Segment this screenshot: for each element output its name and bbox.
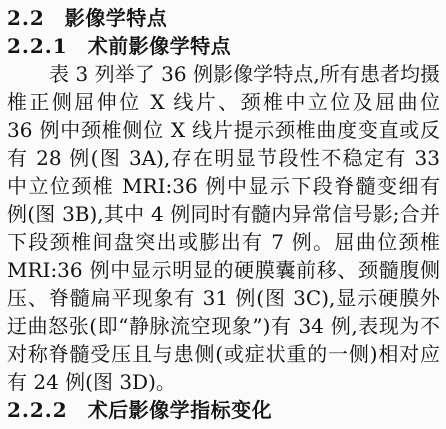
paragraph-line: 对称脊髓受压且与患侧(或症状重的一侧)相对应	[7, 340, 440, 368]
section-title: 影像学特点	[65, 6, 168, 30]
section-number: 2.2	[7, 6, 45, 30]
section-heading-2-2: 2.2影像学特点	[7, 4, 440, 32]
paragraph-line: 椎正侧屈伸位 X 线片、颈椎中立位及屈曲位 MRI。	[7, 88, 440, 116]
section-number: 2.2.2	[7, 398, 68, 422]
paragraph-line: MRI:36 例中显示明显的硬膜囊前移、颈髓腹侧受	[7, 256, 440, 284]
section-title: 术前影像学特点	[88, 34, 232, 58]
paragraph-line: 例(图 3B),其中 4 例同时有髓内异常信号影;合并	[7, 200, 440, 228]
paragraph-line: 有 24 例(图 3D)。	[7, 368, 440, 396]
section-title: 术后影像学指标变化	[88, 398, 273, 422]
section-heading-2-2-2: 2.2.2术后影像学指标变化	[7, 396, 440, 424]
paragraph-line: 中立位颈椎 MRI:36 例中显示下段脊髓变细有 14	[7, 172, 440, 200]
paragraph-line: 压、脊髓扁平现象有 31 例(图 3C),显示硬膜外静脉	[7, 284, 440, 312]
paragraph-line: 表 3 列举了 36 例影像学特点,所有患者均摄颈	[7, 60, 440, 88]
section-number: 2.2.1	[7, 34, 68, 58]
paragraph-line: 36 例中颈椎侧位 X 线片提示颈椎曲度变直或反弓	[7, 116, 440, 144]
document-page: 2.2影像学特点 2.2.1术前影像学特点 表 3 列举了 36 例影像学特点,…	[0, 0, 446, 429]
paragraph-line: 下段颈椎间盘突出或膨出有 7 例。屈曲位颈椎	[7, 228, 440, 256]
section-heading-2-2-1: 2.2.1术前影像学特点	[7, 32, 440, 60]
paragraph-line: 有 28 例(图 3A),存在明显节段性不稳定有 33 例。	[7, 144, 440, 172]
paragraph-line: 迂曲怒张(即“静脉流空现象”)有 34 例,表现为不	[7, 312, 440, 340]
